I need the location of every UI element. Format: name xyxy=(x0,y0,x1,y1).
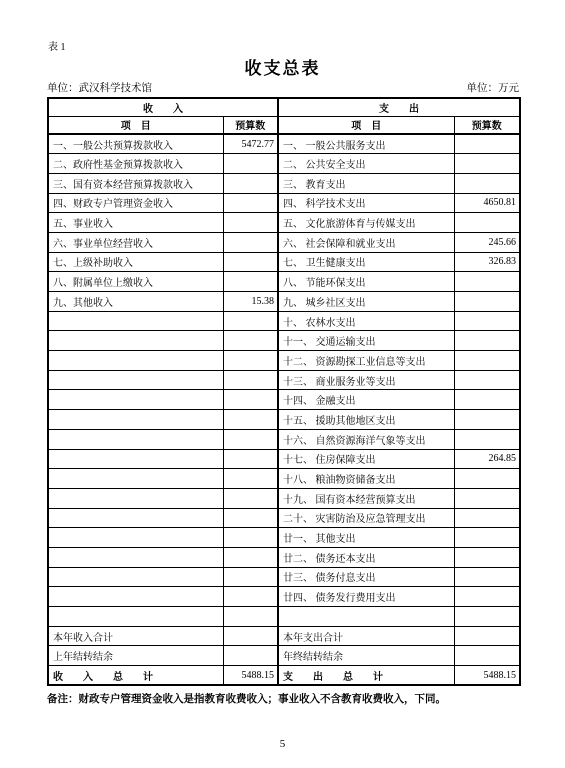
income-item-cell xyxy=(48,311,223,331)
expense-item-cell: 九、 城乡社区支出 xyxy=(278,292,454,312)
income-value-cell xyxy=(223,607,278,627)
table-row: 八、附属单位上缴收入 八、 节能环保支出 xyxy=(48,272,520,292)
income-item-cell: 上年结转结余 xyxy=(48,646,223,666)
expense-value-cell xyxy=(454,331,520,351)
expense-item-column-header: 项 目 xyxy=(278,116,454,134)
expense-item-cell: 一、 一般公共服务支出 xyxy=(278,134,454,154)
expense-item-cell: 七、 卫生健康支出 xyxy=(278,252,454,272)
expense-item-cell: 十九、 国有资本经营预算支出 xyxy=(278,488,454,508)
table-row: 七、上级补助收入 七、 卫生健康支出 326.83 xyxy=(48,252,520,272)
expense-value-cell xyxy=(454,173,520,193)
income-value-cell xyxy=(223,193,278,213)
income-item-cell xyxy=(48,390,223,410)
expense-value-cell xyxy=(454,607,520,627)
income-value-cell: 5472.77 xyxy=(223,134,278,154)
expense-item-cell xyxy=(278,607,454,627)
expense-value-cell xyxy=(454,213,520,233)
expense-item-cell: 十七、 住房保障支出 xyxy=(278,449,454,469)
expense-value-cell: 245.66 xyxy=(454,232,520,252)
expense-budget-column-header: 预算数 xyxy=(454,116,520,134)
expense-item-cell: 十、 农林水支出 xyxy=(278,311,454,331)
income-item-column-header: 项 目 xyxy=(48,116,223,134)
income-item-cell xyxy=(48,488,223,508)
table-row: 廿一、 其他支出 xyxy=(48,528,520,548)
income-item-cell: 八、附属单位上缴收入 xyxy=(48,272,223,292)
table-head: 收 入 支 出 项 目 预算数 项 目 预算数 xyxy=(48,98,520,134)
expense-value-cell xyxy=(454,292,520,312)
income-value-cell xyxy=(223,528,278,548)
expense-item-cell: 六、 社会保障和就业支出 xyxy=(278,232,454,252)
table-row: 五、事业收入 五、 文化旅游体育与传媒支出 xyxy=(48,213,520,233)
income-value-cell xyxy=(223,331,278,351)
income-item-cell: 九、其他收入 xyxy=(48,292,223,312)
income-value-cell xyxy=(223,173,278,193)
expense-item-cell: 三、 教育支出 xyxy=(278,173,454,193)
income-value-cell xyxy=(223,252,278,272)
expense-item-cell: 二、 公共安全支出 xyxy=(278,154,454,174)
expense-item-cell: 五、 文化旅游体育与传媒支出 xyxy=(278,213,454,233)
expense-value-cell xyxy=(454,567,520,587)
table-row: 十五、 援助其他地区支出 xyxy=(48,410,520,430)
page-title: 收支总表 xyxy=(0,54,565,79)
income-value-cell xyxy=(223,410,278,430)
income-item-cell: 二、政府性基金预算拨款收入 xyxy=(48,154,223,174)
table-row: 十八、 粮油物资储备支出 xyxy=(48,469,520,489)
table-row: 十三、 商业服务业等支出 xyxy=(48,370,520,390)
budget-document-page: 表 1 收支总表 单位：武汉科学技术馆 单位：万元 收 入 支 出 项 目 预算… xyxy=(0,0,565,768)
expense-value-cell xyxy=(454,508,520,528)
income-item-cell: 三、国有资本经营预算拨款收入 xyxy=(48,173,223,193)
income-item-cell xyxy=(48,469,223,489)
table-body: 一、一般公共预算拨款收入 5472.77 一、 一般公共服务支出 二、政府性基金… xyxy=(48,134,520,685)
expense-value-cell xyxy=(454,626,520,646)
income-item-cell xyxy=(48,370,223,390)
table-row: 廿四、 债务发行费用支出 xyxy=(48,587,520,607)
table-row: 上年结转结余 年终结转结余 xyxy=(48,646,520,666)
expense-value-cell xyxy=(454,370,520,390)
table-row: 廿二、 债务还本支出 xyxy=(48,547,520,567)
expense-item-cell: 支 出 总 计 xyxy=(278,666,454,686)
table-row: 一、一般公共预算拨款收入 5472.77 一、 一般公共服务支出 xyxy=(48,134,520,154)
income-item-cell xyxy=(48,567,223,587)
income-item-cell xyxy=(48,607,223,627)
expense-value-cell: 326.83 xyxy=(454,252,520,272)
table-row xyxy=(48,607,520,627)
income-value-cell xyxy=(223,154,278,174)
table-row: 四、财政专户管理资金收入 四、 科学技术支出 4650.81 xyxy=(48,193,520,213)
income-value-cell xyxy=(223,488,278,508)
reporting-unit-label: 单位：武汉科学技术馆 xyxy=(47,80,152,95)
expense-value-cell xyxy=(454,646,520,666)
table-row: 十七、 住房保障支出 264.85 xyxy=(48,449,520,469)
expense-value-cell: 264.85 xyxy=(454,449,520,469)
income-value-cell xyxy=(223,646,278,666)
income-item-cell xyxy=(48,449,223,469)
expense-value-cell xyxy=(454,488,520,508)
income-value-cell xyxy=(223,508,278,528)
income-item-cell: 五、事业收入 xyxy=(48,213,223,233)
table-row: 三、国有资本经营预算拨款收入 三、 教育支出 xyxy=(48,173,520,193)
expense-item-cell: 年终结转结余 xyxy=(278,646,454,666)
expense-item-cell: 廿一、 其他支出 xyxy=(278,528,454,548)
currency-unit-label: 单位：万元 xyxy=(467,80,520,95)
expense-item-cell: 廿三、 债务付息支出 xyxy=(278,567,454,587)
table-row: 十四、 金融支出 xyxy=(48,390,520,410)
income-item-cell xyxy=(48,528,223,548)
expense-value-cell xyxy=(454,390,520,410)
expense-value-cell xyxy=(454,272,520,292)
page-number: 5 xyxy=(0,738,565,750)
income-value-cell xyxy=(223,232,278,252)
expense-item-cell: 廿四、 债务发行费用支出 xyxy=(278,587,454,607)
income-value-cell xyxy=(223,390,278,410)
expense-item-cell: 十二、 资源勘探工业信息等支出 xyxy=(278,351,454,371)
income-budget-column-header: 预算数 xyxy=(223,116,278,134)
expense-value-cell xyxy=(454,311,520,331)
expense-item-cell: 十四、 金融支出 xyxy=(278,390,454,410)
income-value-cell xyxy=(223,370,278,390)
income-value-cell: 15.38 xyxy=(223,292,278,312)
expense-value-cell xyxy=(454,134,520,154)
expense-item-cell: 十六、 自然资源海洋气象等支出 xyxy=(278,429,454,449)
expense-item-cell: 四、 科学技术支出 xyxy=(278,193,454,213)
table-row: 十六、 自然资源海洋气象等支出 xyxy=(48,429,520,449)
income-value-cell xyxy=(223,567,278,587)
income-item-cell xyxy=(48,331,223,351)
footnote: 备注：财政专户管理资金收入是指教育收费收入；事业收入不含教育收费收入，下同。 xyxy=(47,691,547,706)
income-item-cell xyxy=(48,429,223,449)
income-value-cell xyxy=(223,351,278,371)
expense-item-cell: 八、 节能环保支出 xyxy=(278,272,454,292)
expense-item-cell: 二十、 灾害防治及应急管理支出 xyxy=(278,508,454,528)
expense-item-cell: 十一、 交通运输支出 xyxy=(278,331,454,351)
expense-value-cell xyxy=(454,429,520,449)
income-value-cell xyxy=(223,449,278,469)
income-value-cell xyxy=(223,469,278,489)
expense-value-cell xyxy=(454,469,520,489)
income-item-cell xyxy=(48,508,223,528)
income-section-header: 收 入 xyxy=(48,98,278,116)
income-value-cell xyxy=(223,311,278,331)
table-row: 二十、 灾害防治及应急管理支出 xyxy=(48,508,520,528)
table-row: 十、 农林水支出 xyxy=(48,311,520,331)
income-item-cell xyxy=(48,351,223,371)
table-number-label: 表 1 xyxy=(48,38,66,53)
income-value-cell xyxy=(223,429,278,449)
income-value-cell xyxy=(223,626,278,646)
table-row: 二、政府性基金预算拨款收入 二、 公共安全支出 xyxy=(48,154,520,174)
column-header-row: 项 目 预算数 项 目 预算数 xyxy=(48,116,520,134)
table-row: 十九、 国有资本经营预算支出 xyxy=(48,488,520,508)
income-item-cell: 六、事业单位经营收入 xyxy=(48,232,223,252)
income-value-cell xyxy=(223,272,278,292)
expense-value-cell xyxy=(454,351,520,371)
expense-value-cell xyxy=(454,547,520,567)
expense-value-cell xyxy=(454,528,520,548)
income-item-cell xyxy=(48,547,223,567)
table-row: 九、其他收入 15.38 九、 城乡社区支出 xyxy=(48,292,520,312)
expense-value-cell xyxy=(454,587,520,607)
income-expense-summary-table: 收 入 支 出 项 目 预算数 项 目 预算数 一、一般公共预算拨款收入 547… xyxy=(47,97,521,686)
income-item-cell: 一、一般公共预算拨款收入 xyxy=(48,134,223,154)
expense-value-cell xyxy=(454,154,520,174)
expense-value-cell xyxy=(454,410,520,430)
expense-item-cell: 十五、 援助其他地区支出 xyxy=(278,410,454,430)
section-header-row: 收 入 支 出 xyxy=(48,98,520,116)
income-item-cell xyxy=(48,587,223,607)
expense-item-cell: 本年支出合计 xyxy=(278,626,454,646)
income-value-cell xyxy=(223,547,278,567)
table-row: 收 入 总 计 5488.15 支 出 总 计 5488.15 xyxy=(48,666,520,686)
expense-item-cell: 十三、 商业服务业等支出 xyxy=(278,370,454,390)
income-item-cell: 本年收入合计 xyxy=(48,626,223,646)
income-value-cell: 5488.15 xyxy=(223,666,278,686)
income-item-cell: 四、财政专户管理资金收入 xyxy=(48,193,223,213)
income-value-cell xyxy=(223,213,278,233)
table-row: 六、事业单位经营收入 六、 社会保障和就业支出 245.66 xyxy=(48,232,520,252)
expense-item-cell: 廿二、 债务还本支出 xyxy=(278,547,454,567)
unit-line: 单位：武汉科学技术馆 单位：万元 xyxy=(47,80,519,95)
income-item-cell: 七、上级补助收入 xyxy=(48,252,223,272)
table-row: 十二、 资源勘探工业信息等支出 xyxy=(48,351,520,371)
expense-section-header: 支 出 xyxy=(278,98,520,116)
income-item-cell: 收 入 总 计 xyxy=(48,666,223,686)
income-value-cell xyxy=(223,587,278,607)
expense-value-cell: 4650.81 xyxy=(454,193,520,213)
expense-value-cell: 5488.15 xyxy=(454,666,520,686)
table-row: 本年收入合计 本年支出合计 xyxy=(48,626,520,646)
expense-item-cell: 十八、 粮油物资储备支出 xyxy=(278,469,454,489)
income-item-cell xyxy=(48,410,223,430)
table-row: 十一、 交通运输支出 xyxy=(48,331,520,351)
table-row: 廿三、 债务付息支出 xyxy=(48,567,520,587)
